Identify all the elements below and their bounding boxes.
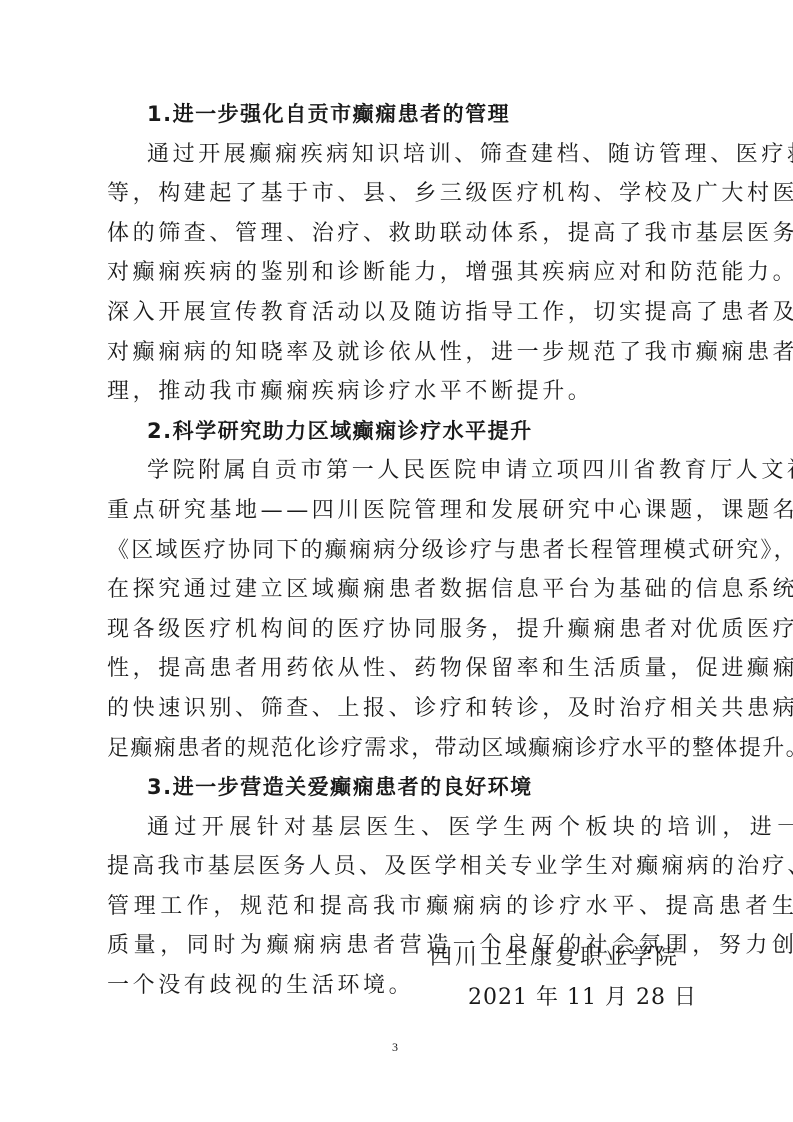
paragraph-line: 的快速识别、筛查、上报、诊疗和转诊，及时治疗相关共患病，满	[107, 689, 691, 729]
paragraph-line: 对癫痫病的知晓率及就诊依从性，进一步规范了我市癫痫患者的管	[107, 333, 691, 373]
paragraph-line: 体的筛查、管理、治疗、救助联动体系，提高了我市基层医务人员	[107, 214, 691, 254]
paragraph-line: 等，构建起了基于市、县、乡三级医疗机构、学校及广大村医为主	[107, 174, 691, 214]
paragraph-line: 学院附属自贡市第一人民医院申请立项四川省教育厅人文社科	[107, 451, 691, 491]
paragraph-line: 提高我市基层医务人员、及医学相关专业学生对癫痫病的治疗、	[107, 847, 691, 887]
section-heading-2: 2.科学研究助力区域癫痫诊疗水平提升	[107, 412, 691, 452]
paragraph-line: 管理工作，规范和提高我市癫痫病的诊疗水平、提高患者生命	[107, 887, 691, 927]
paragraph-line: 性，提高患者用药依从性、药物保留率和生活质量，促进癫痫患者	[107, 649, 691, 689]
paragraph-line: 通过开展针对基层医生、医学生两个板块的培训，进一步	[107, 808, 691, 848]
paragraph-line: 在探究通过建立区域癫痫患者数据信息平台为基础的信息系统，实	[107, 570, 691, 610]
page-number: 3	[392, 1040, 398, 1055]
paragraph-line: 现各级医疗机构间的医疗协同服务，提升癫痫患者对优质医疗可及	[107, 610, 691, 650]
paragraph-line: 《区域医疗协同下的癫痫病分级诊疗与患者长程管理模式研究》，旨	[107, 531, 691, 571]
signature-date: 2021 年 11 月 28 日	[468, 980, 697, 1011]
paragraph-line: 理，推动我市癫痫疾病诊疗水平不断提升。	[107, 372, 691, 412]
signature-organization: 四川卫生康复职业学院	[430, 940, 680, 971]
paragraph-line: 足癫痫患者的规范化诊疗需求，带动区域癫痫诊疗水平的整体提升。	[107, 729, 691, 769]
paragraph-line: 重点研究基地——四川医院管理和发展研究中心课题，课题名称为	[107, 491, 691, 531]
document-body: 1.进一步强化自贡市癫痫患者的管理 通过开展癫痫疾病知识培训、筛查建档、随访管理…	[107, 95, 691, 1006]
paragraph-line: 对癫痫疾病的鉴别和诊断能力，增强其疾病应对和防范能力。通过	[107, 253, 691, 293]
section-heading-1: 1.进一步强化自贡市癫痫患者的管理	[107, 95, 691, 135]
paragraph-line: 通过开展癫痫疾病知识培训、筛查建档、随访管理、医疗救助	[107, 135, 691, 175]
section-heading-3: 3.进一步营造关爱癫痫患者的良好环境	[107, 768, 691, 808]
paragraph-line: 深入开展宣传教育活动以及随访指导工作，切实提高了患者及家属	[107, 293, 691, 333]
